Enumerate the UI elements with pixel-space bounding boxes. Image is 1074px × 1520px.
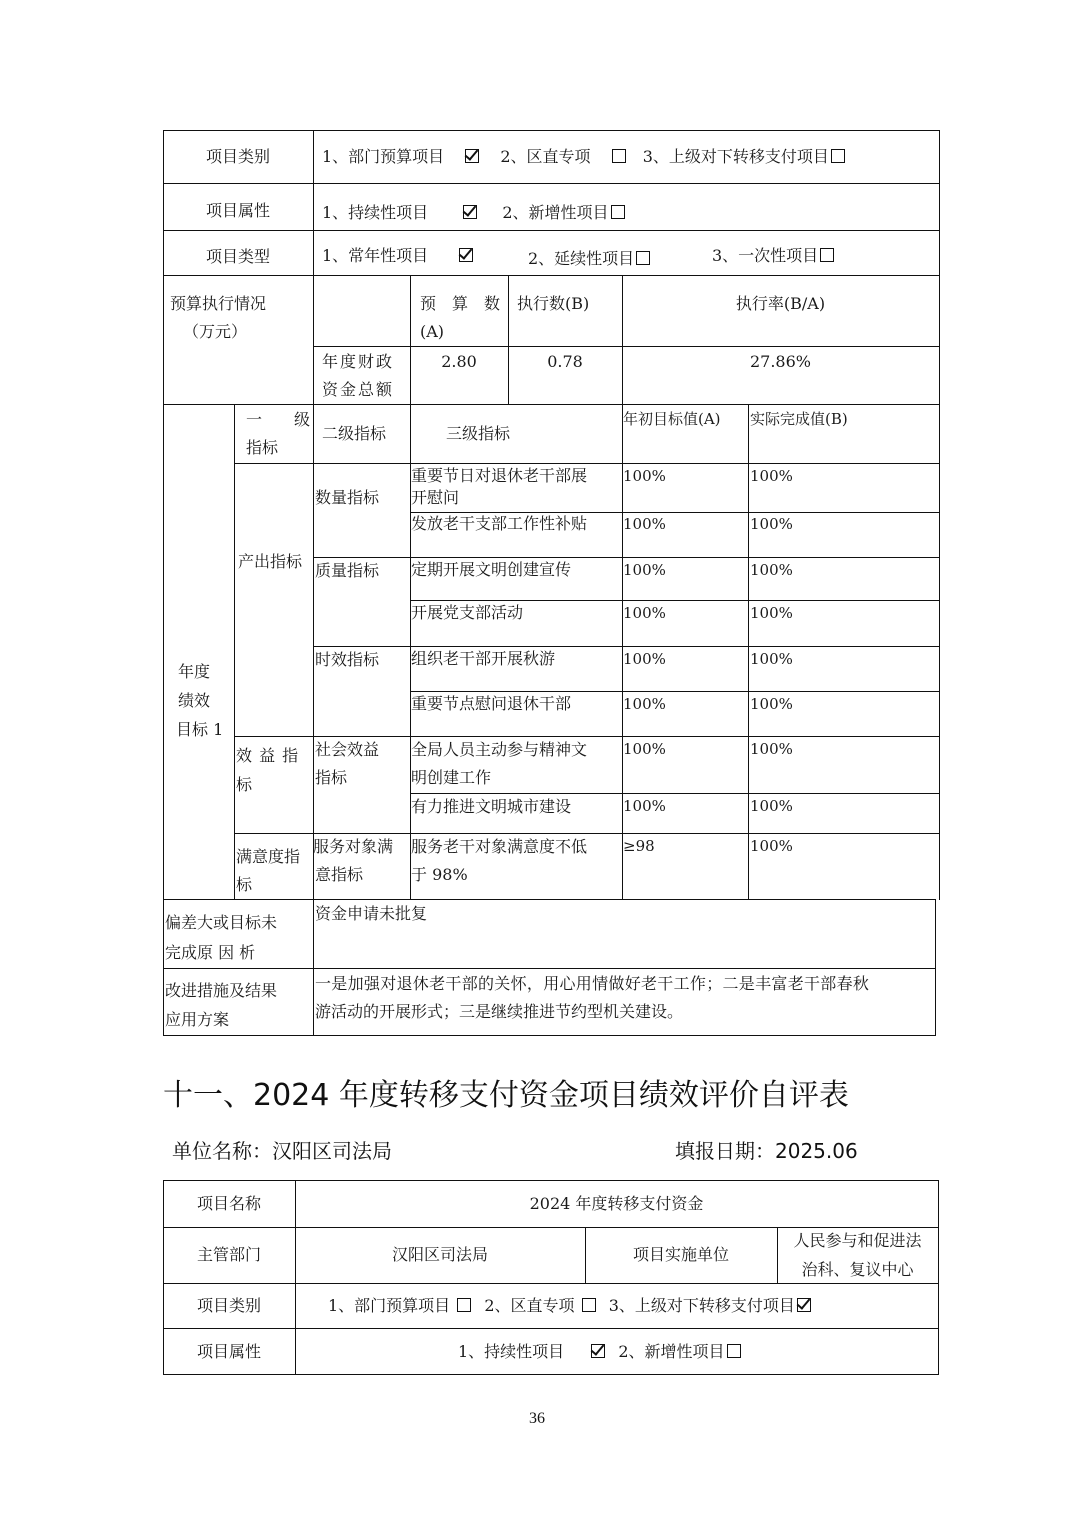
- dept-label: 主管部门: [163, 1241, 295, 1269]
- indicator-name-2: 开慰问: [411, 484, 459, 512]
- attribute-option-2: 2、新增性项目: [502, 203, 608, 222]
- category-label: 项目类别: [163, 143, 313, 171]
- t2-category-option-2: 2、区直专项: [484, 1296, 574, 1315]
- deviation-text: 资金申请未批复: [315, 900, 427, 928]
- annual-fund-label-2: 资金总额: [322, 376, 394, 404]
- level2-social: 社会效益: [315, 736, 379, 764]
- report-date: 填报日期：2025.06: [675, 1136, 858, 1166]
- t2-category-option-1: 1、部门预算项目: [328, 1296, 450, 1315]
- indicator-actual: 100%: [750, 556, 793, 584]
- checkbox-empty-icon[interactable]: [612, 149, 626, 163]
- level1-satisfaction: 满意度指: [236, 843, 300, 871]
- indicator-name-2: 于 98%: [411, 861, 468, 889]
- checkbox-empty-icon[interactable]: [727, 1344, 741, 1358]
- checkbox-empty-icon[interactable]: [582, 1298, 596, 1312]
- level2-timeliness: 时效指标: [315, 646, 379, 674]
- indicator-actual: 100%: [750, 645, 793, 673]
- rate-value: 27.86%: [622, 348, 939, 376]
- level2-service: 服务对象满: [313, 833, 393, 861]
- actual-header: 实际完成值(B): [750, 405, 848, 433]
- budget-col-header: 预 算 数: [420, 290, 500, 318]
- type-label: 项目类型: [163, 243, 313, 271]
- budget-col-header-a: (A): [420, 318, 444, 346]
- indicator-name: 重要节点慰问退休干部: [411, 690, 571, 718]
- indicator-actual: 100%: [750, 462, 793, 490]
- level1-header-2: 指标: [246, 434, 278, 462]
- checkbox-checked-icon[interactable]: [797, 1298, 811, 1312]
- t2-category-label: 项目类别: [163, 1292, 295, 1320]
- level1-header: 一 级: [246, 406, 310, 434]
- indicator-name: 发放老干支部工作性补贴: [411, 510, 587, 538]
- type-option-3: 3、一次性项目: [712, 246, 818, 265]
- budget-label-unit: （万元）: [183, 318, 247, 346]
- indicator-target: 100%: [623, 690, 666, 718]
- impl-unit-value-2: 治科、复议中心: [777, 1256, 938, 1284]
- type-option-1: 1、常年性项目: [322, 246, 428, 265]
- checkbox-checked-icon[interactable]: [463, 205, 477, 219]
- indicator-actual: 100%: [750, 690, 793, 718]
- checkbox-empty-icon[interactable]: [611, 205, 625, 219]
- category-option-3: 3、上级对下转移支付项目: [643, 147, 829, 166]
- indicator-target: ≥98: [623, 832, 655, 860]
- indicator-target: 100%: [623, 599, 666, 627]
- target-header: 年初目标值(A): [623, 405, 721, 433]
- checkbox-empty-icon[interactable]: [831, 149, 845, 163]
- indicator-actual: 100%: [750, 832, 793, 860]
- level1-benefit: 效 益 指: [236, 742, 299, 770]
- deviation-label-2: 完成原 因 析: [165, 939, 255, 967]
- indicator-target: 100%: [623, 556, 666, 584]
- indicator-actual: 100%: [750, 599, 793, 627]
- improvement-text: 一是加强对退休老干部的关怀，用心用情做好老干工作；二是丰富老干部春秋: [315, 970, 869, 998]
- indicator-name: 组织老干部开展秋游: [411, 645, 555, 673]
- indicator-target: 100%: [623, 645, 666, 673]
- section-title: 十一、2024 年度转移支付资金项目绩效评价自评表: [163, 1074, 849, 1118]
- budget-value: 2.80: [410, 348, 508, 376]
- t2-category-option-3: 3、上级对下转移支付项目: [609, 1296, 795, 1315]
- level1-satisfaction-2: 标: [236, 871, 252, 899]
- checkbox-empty-icon[interactable]: [636, 251, 650, 265]
- project-name-label: 项目名称: [163, 1190, 295, 1218]
- level3-header: 三级指标: [446, 420, 510, 448]
- project-name-value: 2024 年度转移支付资金: [295, 1190, 938, 1218]
- rate-col-header: 执行率(B/A): [622, 290, 939, 318]
- attribute-label: 项目属性: [163, 197, 313, 225]
- goal-label-3: 目标 1: [176, 716, 223, 744]
- indicator-actual: 100%: [750, 510, 793, 538]
- t2-attribute-option-2: 2、新增性项目: [618, 1342, 724, 1361]
- category-option-2: 2、区直专项: [500, 147, 590, 166]
- checkbox-checked-icon[interactable]: [465, 149, 479, 163]
- level1-benefit-2: 标: [236, 771, 252, 799]
- indicator-target: 100%: [623, 510, 666, 538]
- type-option-2: 2、延续性项目: [528, 249, 634, 268]
- indicator-name: 定期开展文明创建宣传: [411, 556, 571, 584]
- checkbox-empty-icon[interactable]: [457, 1298, 471, 1312]
- indicator-name: 开展党支部活动: [411, 599, 523, 627]
- indicator-actual: 100%: [750, 792, 793, 820]
- annual-fund-label: 年度财政: [322, 348, 394, 376]
- level2-quality: 质量指标: [315, 557, 379, 585]
- exec-col-header: 执行数(B): [517, 290, 589, 318]
- attribute-option-1: 1、持续性项目: [322, 203, 428, 222]
- impl-unit-label: 项目实施单位: [585, 1241, 777, 1269]
- t2-attribute-option-1: 1、持续性项目: [458, 1342, 564, 1361]
- improvement-text-2: 游活动的开展形式；三是继续推进节约型机关建设。: [315, 998, 683, 1026]
- level2-header: 二级指标: [322, 420, 386, 448]
- level1-output: 产出指标: [238, 548, 302, 576]
- type-options: 1、常年性项目: [322, 242, 475, 270]
- indicator-name-2: 明创建工作: [411, 764, 491, 792]
- goal-label-2: 绩效: [178, 687, 210, 715]
- level2-service-2: 意指标: [315, 861, 363, 889]
- t2-attribute-label: 项目属性: [163, 1338, 295, 1366]
- level2-quantity: 数量指标: [315, 484, 379, 512]
- category-option-1: 1、部门预算项目: [322, 147, 444, 166]
- checkbox-checked-icon[interactable]: [591, 1344, 605, 1358]
- deviation-label: 偏差大或目标未: [165, 909, 277, 937]
- t2-attribute-options: 1、持续性项目 2、新增性项目: [458, 1338, 743, 1366]
- indicator-name: 有力推进文明城市建设: [411, 793, 571, 821]
- indicator-name: 全局人员主动参与精神文: [411, 736, 587, 764]
- improvement-label: 改进措施及结果: [165, 977, 277, 1005]
- unit-name: 单位名称：汉阳区司法局: [172, 1136, 392, 1166]
- checkbox-empty-icon[interactable]: [820, 248, 834, 262]
- exec-value: 0.78: [508, 348, 622, 376]
- improvement-label-2: 应用方案: [165, 1006, 229, 1034]
- level2-social-2: 指标: [315, 764, 347, 792]
- indicator-actual: 100%: [750, 735, 793, 763]
- dept-value: 汉阳区司法局: [295, 1241, 585, 1269]
- indicator-target: 100%: [623, 735, 666, 763]
- page-number: 36: [0, 1410, 1074, 1428]
- impl-unit-value: 人民参与和促进法: [777, 1227, 938, 1255]
- attribute-options: 1、持续性项目 2、新增性项目: [322, 199, 627, 227]
- budget-label: 预算执行情况: [170, 290, 266, 318]
- t2-category-options: 1、部门预算项目 2、区直专项 3、上级对下转移支付项目: [328, 1292, 813, 1320]
- category-options: 1、部门预算项目 2、区直专项 3、上级对下转移支付项目: [322, 143, 847, 171]
- indicator-target: 100%: [623, 462, 666, 490]
- indicator-name: 服务老干对象满意度不低: [411, 833, 587, 861]
- goal-label-1: 年度: [178, 658, 210, 686]
- indicator-target: 100%: [623, 792, 666, 820]
- checkbox-checked-icon[interactable]: [459, 248, 473, 262]
